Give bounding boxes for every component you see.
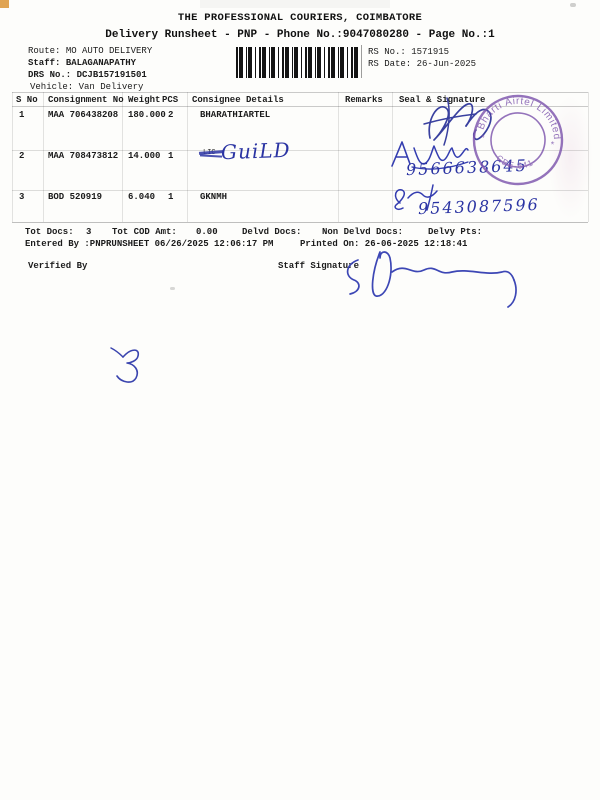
tot-cod-label: Tot COD Amt: xyxy=(112,227,177,237)
header-remarks: Remarks xyxy=(345,95,383,105)
runsheet-subtitle: Delivery Runsheet - PNP - Phone No.:9047… xyxy=(0,30,600,40)
table-col-line xyxy=(43,92,44,222)
delvd-docs-label: Delvd Docs: xyxy=(242,227,301,237)
rs-no-label: RS No.: xyxy=(368,47,406,57)
vehicle-label: Vehicle: xyxy=(30,82,73,92)
stamp-star-icon: * xyxy=(549,140,556,151)
delvy-pts-label: Delvy Pts: xyxy=(428,227,482,237)
cell-pcs: 1 xyxy=(168,192,173,202)
svg-text:Bharti Airtel Limited: Bharti Airtel Limited xyxy=(475,90,567,142)
scan-corner-mark xyxy=(0,0,9,8)
route-label: Route: xyxy=(28,46,60,56)
tot-docs-value: 3 xyxy=(86,227,91,237)
cell-consignment-no: MAA 706438208 xyxy=(48,110,118,120)
table-col-line xyxy=(588,92,589,222)
route-line: Route: MO AUTO DELIVERY xyxy=(28,46,152,56)
bharti-airtel-stamp: Bharti Airtel Limited CBE-641 * * xyxy=(458,80,578,200)
cell-pcs: 2 xyxy=(168,110,173,120)
cell-consignee: BHARATHIARTEL xyxy=(200,110,270,120)
table-col-line xyxy=(338,92,339,222)
vehicle-line: Vehicle: Van Delivery xyxy=(30,82,143,92)
table-col-line xyxy=(187,92,188,222)
svg-text:CBE-641: CBE-641 xyxy=(493,152,536,173)
staff-line: Staff: BALAGANAPATHY xyxy=(28,58,136,68)
staff-signature xyxy=(336,242,536,310)
stamp-top-text: Bharti Airtel Limited xyxy=(475,90,567,142)
company-title: THE PROFESSIONAL COURIERS, COIMBATORE xyxy=(0,13,600,23)
non-delvd-docs-label: Non Delvd Docs: xyxy=(322,227,403,237)
vehicle-value: Van Delivery xyxy=(79,82,144,92)
rs-date-line: RS Date: 26-Jun-2025 xyxy=(368,59,476,69)
delivery-runsheet-scan: THE PROFESSIONAL COURIERS, COIMBATORE De… xyxy=(0,0,600,800)
drs-value: DCJB157191501 xyxy=(77,70,147,80)
cell-consignee: GKNMH xyxy=(200,192,227,202)
tot-cod-value: 0.00 xyxy=(196,227,218,237)
barcode xyxy=(236,47,358,78)
route-value: MO AUTO DELIVERY xyxy=(66,46,152,56)
drs-label: DRS No.: xyxy=(28,70,71,80)
header-weight: Weight xyxy=(128,95,160,105)
cell-weight: 180.000 xyxy=(128,110,166,120)
stamp-star-icon: * xyxy=(479,134,486,145)
cell-consignment-no: BOD 520919 xyxy=(48,192,102,202)
header-consignee-details: Consignee Details xyxy=(192,95,284,105)
scan-speck xyxy=(170,287,175,290)
drs-line: DRS No.: DCJB157191501 xyxy=(28,70,147,80)
stamp-bottom-text: CBE-641 xyxy=(493,152,536,173)
cell-weight: 14.000 xyxy=(128,151,160,161)
cell-s-no: 2 xyxy=(19,151,24,161)
scan-smudge xyxy=(200,0,390,8)
staff-label: Staff: xyxy=(28,58,60,68)
rs-no-value: 1571915 xyxy=(411,47,449,57)
entered-by-line: Entered By :PNPRUNSHEET 06/26/2025 12:06… xyxy=(25,239,273,249)
staff-value: BALAGANAPATHY xyxy=(66,58,136,68)
table-col-line xyxy=(122,92,123,222)
rs-block-divider xyxy=(361,45,362,78)
tot-docs-label: Tot Docs: xyxy=(25,227,74,237)
header-s-no: S No xyxy=(16,95,38,105)
header-consignment-no: Consignment No xyxy=(48,95,124,105)
scan-speck xyxy=(570,3,576,7)
table-border-bottom xyxy=(12,222,588,223)
cell-s-no: 1 xyxy=(19,110,24,120)
table-col-line xyxy=(12,92,13,222)
cell-weight: 6.040 xyxy=(128,192,155,202)
handwritten-note-3 xyxy=(104,334,156,390)
verified-by-label: Verified By xyxy=(28,261,87,271)
header-pcs: PCS xyxy=(162,95,178,105)
cell-consignment-no: MAA 708473812 xyxy=(48,151,118,161)
cell-pcs: 1 xyxy=(168,151,173,161)
rs-date-value: 26-Jun-2025 xyxy=(417,59,476,69)
rs-no-line: RS No.: 1571915 xyxy=(368,47,449,57)
cell-s-no: 3 xyxy=(19,192,24,202)
handwritten-consignee: GuiLD xyxy=(221,138,291,164)
rs-date-label: RS Date: xyxy=(368,59,411,69)
